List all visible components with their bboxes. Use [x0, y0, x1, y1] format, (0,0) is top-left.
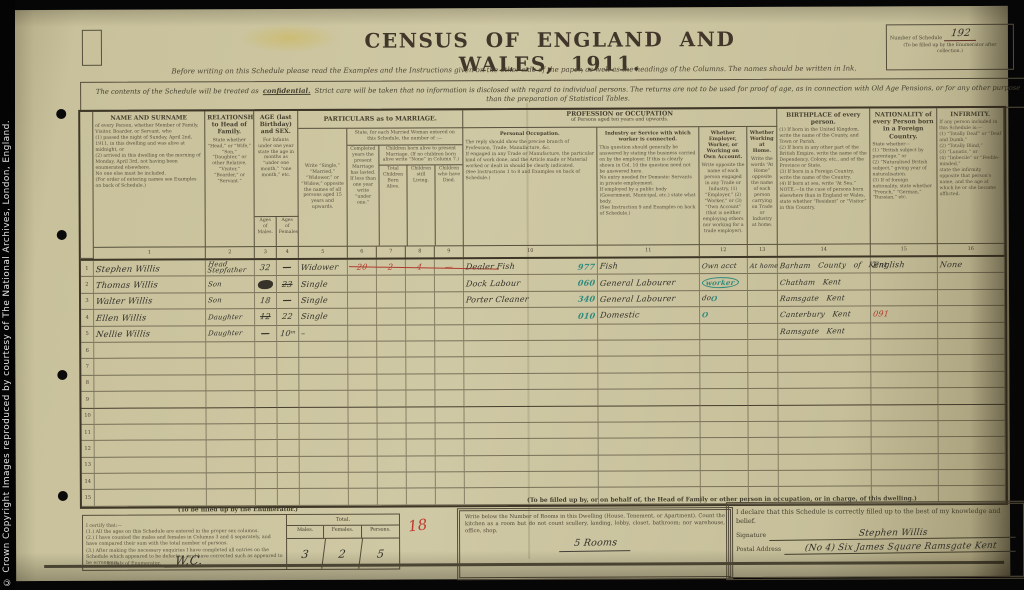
cell: [256, 440, 278, 456]
column-number: 10: [464, 246, 598, 258]
handwritten-entry: 060: [577, 278, 596, 288]
cell: [255, 342, 277, 358]
cell: [377, 292, 406, 309]
cell: [435, 358, 464, 375]
cell: [407, 489, 436, 506]
cell: 22: [277, 309, 299, 325]
cell: [299, 407, 348, 424]
cell: [871, 323, 938, 340]
schedule-number-value: 192: [944, 27, 978, 41]
handwritten-entry: Ellen Willis: [95, 312, 147, 323]
cell: [598, 373, 700, 390]
column-number: 11: [598, 245, 700, 256]
cell: [277, 391, 299, 407]
cell: English: [871, 257, 938, 274]
enumerator-certification: I certify that:— (1.) All the ages on th…: [83, 515, 286, 570]
col-header-age-males: Ages of Males.: [255, 217, 277, 247]
cell: [748, 323, 778, 340]
cell: do O: [700, 291, 748, 308]
cell: [939, 421, 1006, 438]
handwritten-entry: Thomas Willis: [95, 279, 158, 290]
cell: [378, 423, 407, 440]
totals-value-persons: 5: [360, 538, 401, 569]
cell: [435, 341, 464, 358]
cell: [436, 423, 465, 440]
handwritten-entry: 977: [577, 261, 596, 271]
row-number: 13: [82, 458, 95, 474]
handwritten-entry: 23: [282, 279, 294, 288]
cell: [255, 391, 277, 407]
cell: [348, 309, 377, 326]
totals-table: Total. Males. Females. Persons. 3 2 5: [286, 514, 399, 568]
cell: Head Stepfather: [206, 260, 255, 277]
totals-col-persons: Persons.: [362, 525, 399, 538]
rooms-box: Write below the Number of Rooms in this …: [457, 507, 733, 580]
cell: [406, 374, 435, 391]
cell: [206, 375, 255, 392]
cell: [377, 309, 406, 326]
handwritten-entry: —: [444, 262, 453, 271]
cell: [938, 290, 1005, 307]
cell: [748, 389, 778, 406]
handwritten-entry: 18: [260, 296, 272, 305]
totals-value-males: 3: [285, 539, 326, 570]
handwritten-entry: 22: [258, 280, 274, 289]
cell: 12: [255, 309, 277, 325]
row-number: 7: [81, 359, 94, 375]
col-header-profession: PROFESSION or OCCUPATION of Persons aged…: [463, 109, 777, 128]
handwritten-entry: 12: [260, 312, 272, 321]
cell: [700, 405, 748, 422]
cell: O: [700, 307, 748, 324]
column-number: 12: [700, 245, 748, 256]
cell: [95, 490, 207, 507]
column-number: 9: [435, 246, 464, 257]
cell: [255, 375, 277, 391]
column-number: 7: [377, 246, 406, 257]
cell: [378, 489, 407, 506]
col-header-children-died: Children who have Died.: [435, 165, 462, 245]
cell: [871, 339, 938, 356]
cell: Ellen Willis: [94, 310, 206, 327]
col-header-personal-occupation: Personal Occupation. The reply should sh…: [463, 128, 598, 247]
col-header-age: AGE (last Birthday) and SEX. For Infants…: [254, 111, 298, 217]
schedule-number-label: Number of Schedule: [890, 35, 942, 42]
cell: [348, 374, 377, 391]
cell: [406, 341, 435, 358]
col-header-industry: Industry or Service with which worker is…: [597, 127, 700, 245]
cell: [377, 407, 406, 424]
col-header-married-woman: State, for each Married Woman entered on…: [347, 128, 464, 247]
cell: Barham County of Kent: [778, 257, 871, 274]
cell: [299, 342, 348, 359]
col-header-birthplace: BIRTHPLACE of every person. (1) If born …: [777, 108, 871, 244]
cell: [256, 489, 278, 505]
cell: [599, 471, 701, 488]
declaration-box: I declare that this Schedule is correctl…: [726, 501, 1024, 580]
cell: 22: [255, 276, 277, 292]
handwritten-entry: Chatham Kent: [779, 277, 841, 287]
cell: [435, 308, 464, 325]
cell: General Labourer: [598, 275, 700, 292]
column-number: 15: [871, 244, 938, 255]
confidential-pre: The contents of the Schedule will be tre…: [96, 87, 261, 96]
cell: [406, 390, 435, 407]
cell: [377, 341, 406, 358]
handwritten-entry: Widower: [300, 263, 339, 272]
handwritten-entry: Son: [208, 281, 223, 288]
cell: 18: [255, 293, 277, 309]
declaration-text: I declare that this Schedule is correctl…: [736, 507, 1001, 525]
cell: 23: [277, 276, 299, 292]
cell: [778, 356, 871, 373]
cell: [700, 340, 748, 357]
cell: [464, 390, 598, 407]
row-number: 11: [82, 425, 95, 441]
cell: [378, 473, 407, 490]
cell: [277, 375, 299, 391]
cell: Single: [299, 292, 348, 309]
cell: [406, 358, 435, 375]
cell: [749, 471, 779, 488]
cell: [278, 457, 300, 473]
handwritten-entry: Head Stepfather: [207, 261, 247, 274]
handwritten-entry: —: [261, 329, 270, 338]
cell: [300, 424, 349, 441]
table-body: 1Stephen WillisHead Stepfather32—Widower…: [81, 257, 1006, 507]
punch-hole: [58, 491, 68, 501]
cell: [598, 389, 700, 406]
cell: [598, 340, 700, 357]
cell: [300, 473, 349, 490]
handwritten-entry: Dock Labour: [465, 278, 521, 288]
handwritten-entry: 10ᵐ: [279, 329, 296, 338]
col-header-employer-worker: Whether Employer, Worker, or Working on …: [699, 127, 748, 245]
cell: [378, 440, 407, 457]
cell: [749, 422, 779, 439]
handwritten-entry: 340: [577, 294, 596, 304]
cell: [701, 422, 749, 439]
cell: 091: [871, 306, 938, 323]
cell: [748, 291, 778, 308]
cell: —: [277, 260, 299, 276]
cell: [436, 456, 465, 473]
cell: [349, 489, 378, 506]
cell: [349, 440, 378, 457]
cell: [377, 374, 406, 391]
cell: [598, 406, 700, 423]
cell: [436, 440, 465, 457]
cell: [378, 456, 407, 473]
cell: [599, 438, 701, 455]
cell: [349, 473, 378, 490]
handwritten-entry: Own acct: [701, 262, 737, 270]
cell: [872, 437, 939, 454]
cell: [599, 455, 701, 472]
totals-title: Total.: [287, 514, 399, 525]
initials-label: Initials of Enumerator.: [107, 561, 161, 567]
cell: [779, 438, 872, 455]
handwritten-entry: 091: [873, 310, 890, 319]
column-number: 1: [94, 247, 206, 258]
cell: Son: [206, 277, 255, 294]
handwritten-entry: Nellie Willis: [96, 329, 151, 340]
handwritten-entry: Ramsgate Kent: [780, 326, 846, 336]
column-number: 6: [348, 247, 377, 258]
row-number: 9: [81, 392, 94, 408]
cell: [779, 471, 872, 488]
handwritten-entry: General Labourer: [599, 278, 676, 288]
cell: [94, 342, 206, 359]
cell: [435, 407, 464, 424]
cell: [871, 372, 938, 389]
cell: [207, 457, 256, 474]
census-table: NAME AND SURNAME of every Person, whethe…: [78, 106, 1008, 509]
col-header-marriage: PARTICULARS as to MARRIAGE.: [298, 110, 463, 129]
cell: [436, 472, 465, 489]
handwritten-entry: Porter Cleaner: [465, 295, 529, 305]
column-number: 14: [778, 244, 871, 255]
cell: [348, 325, 377, 342]
cell: [256, 457, 278, 473]
cell: Daughter: [206, 326, 255, 343]
cell: [278, 473, 300, 489]
handwritten-entry: English: [872, 260, 905, 269]
cell: [939, 470, 1006, 487]
cell: [700, 389, 748, 406]
handwritten-entry: Fish: [599, 262, 618, 271]
handwritten-entry: Canterbury Kent: [779, 310, 851, 320]
cell: [207, 424, 256, 441]
cell: [748, 405, 778, 422]
cell: Fish: [598, 258, 700, 275]
column-number: 13: [748, 245, 778, 256]
col-header-age-females: Ages of Females.: [277, 217, 299, 247]
col-header-marriage-status: Write “Single,” “Married,” “Widower,” or…: [298, 129, 348, 247]
handwritten-entry: Daughter: [208, 330, 243, 337]
cell: [938, 388, 1005, 405]
cell: [348, 407, 377, 424]
enumerator-initials-signature: W.C.: [164, 555, 213, 567]
signature-label: Signature: [736, 531, 766, 540]
rooms-note: Write below the Number of Rooms in this …: [465, 513, 725, 534]
cell: [700, 356, 748, 373]
row-number: 12: [82, 441, 95, 457]
row-number: 4: [81, 310, 94, 326]
handwritten-entry: Domestic: [600, 311, 641, 321]
cell: [465, 455, 599, 472]
cell: None: [938, 257, 1005, 274]
cell: Ramsgate Kent: [778, 323, 871, 340]
cell: [300, 456, 349, 473]
cell: Domestic: [598, 307, 700, 324]
row-number: 8: [81, 376, 94, 392]
cell: [465, 439, 599, 456]
cell: [299, 391, 348, 408]
cell: [406, 292, 435, 309]
cell: [94, 391, 206, 408]
col-header-children-living: Children still Living.: [407, 165, 435, 245]
cell: Single: [299, 309, 348, 326]
cell: [435, 292, 464, 309]
cell: [779, 421, 872, 438]
handwritten-entry: O: [702, 310, 709, 319]
cell: [95, 473, 207, 490]
cell: [700, 373, 748, 390]
cell: [94, 375, 206, 392]
cell: [407, 472, 436, 489]
cell: [464, 341, 598, 358]
cell: General Labourer: [598, 291, 700, 308]
cell: [206, 358, 255, 375]
cell: [407, 423, 436, 440]
cell: [435, 325, 464, 342]
punch-hole: [56, 109, 66, 119]
cell: [348, 342, 377, 359]
cell: [464, 373, 598, 390]
cell: [872, 454, 939, 471]
cell: [435, 374, 464, 391]
cell: —: [277, 293, 299, 309]
handwritten-entry: General Labourer: [599, 294, 676, 304]
cell: [871, 290, 938, 307]
cell: [748, 274, 778, 291]
cell: [377, 276, 406, 293]
cell: –: [299, 325, 348, 342]
cell: [348, 276, 377, 293]
handwritten-entry: 22: [282, 312, 294, 321]
row-number: 2: [81, 277, 94, 293]
enumerator-section-heading: (To be filled up by the Enumerator.): [82, 506, 394, 514]
col-header-children-born: Total Children Born Alive.: [379, 166, 407, 246]
col-header-relationship: RELATIONSHIP to Head of Family. State wh…: [205, 111, 255, 247]
col-header-name: NAME AND SURNAME of every Person, whethe…: [93, 111, 206, 247]
cell: [748, 340, 778, 357]
cell: Canterbury Kent: [778, 307, 871, 324]
cell: [255, 358, 277, 374]
signature-value: Stephen Willis: [769, 528, 1017, 541]
handwritten-entry: Single: [300, 296, 328, 305]
cell: Porter Cleaner340: [464, 291, 598, 308]
cell: [939, 454, 1006, 471]
cell: [207, 490, 256, 507]
cell: Chatham Kent: [778, 274, 871, 291]
cell: [95, 441, 207, 458]
cell: [207, 473, 256, 490]
handwritten-entry: 32: [260, 263, 272, 272]
cell: Walter Willis: [94, 293, 206, 310]
cell: [465, 423, 599, 440]
column-number: 8: [406, 246, 435, 257]
red-annotation: 18: [407, 515, 428, 535]
postal-address-value: (No 4) Six James Square Ramsgate Kent: [784, 542, 1017, 555]
cell: 010: [464, 308, 598, 325]
cell: [465, 472, 599, 489]
cell: [406, 407, 435, 424]
cell: [938, 372, 1005, 389]
row-number: 14: [82, 474, 95, 490]
column-number: 4: [277, 247, 299, 258]
handwritten-entry: 010: [577, 310, 596, 320]
census-schedule-page: CENSUS OF ENGLAND AND WALES, 1911. Numbe…: [14, 6, 1010, 581]
cell: [348, 358, 377, 375]
cell: [277, 358, 299, 374]
cell: [300, 489, 349, 506]
row-number: 6: [81, 343, 94, 359]
cell: [377, 358, 406, 375]
cell: [871, 388, 938, 405]
cell: [406, 309, 435, 326]
cell: [598, 324, 700, 341]
row-number: 15: [82, 490, 95, 506]
cell: Daughter: [206, 309, 255, 326]
corner-box: [82, 30, 102, 66]
cell: [778, 339, 871, 356]
handwritten-entry: —: [283, 263, 292, 272]
row-number-column-header: [80, 112, 94, 259]
cell: [872, 470, 939, 487]
cell: Stephen Willis: [94, 260, 206, 277]
cell: [349, 456, 378, 473]
cell: [748, 307, 778, 324]
cell: 32: [255, 260, 277, 276]
totals-col-females: Females.: [324, 526, 361, 539]
cell: [95, 457, 207, 474]
cell: [277, 342, 299, 358]
postal-address-label: Postal Address: [736, 545, 781, 554]
cell: [406, 325, 435, 342]
row-number: 10: [81, 408, 94, 424]
col-header-years-married: Completed years the present Marriage has…: [347, 146, 379, 246]
cell: [206, 408, 255, 425]
totals-col-males: Males.: [287, 526, 324, 539]
cell: [377, 325, 406, 342]
cell: [871, 355, 938, 372]
col-header-infirmity: INFIRMITY. If any person included in thi…: [937, 108, 1005, 244]
handwritten-entry: 4: [417, 263, 423, 272]
cell: [435, 276, 464, 293]
handwritten-entry: worker: [701, 276, 739, 287]
cell: [407, 456, 436, 473]
cell: [406, 276, 435, 293]
handwritten-entry: Stephen Willis: [95, 263, 160, 274]
cell: Ramsgate Kent: [778, 290, 871, 307]
row-number: 5: [81, 326, 94, 342]
cell: Widower: [299, 260, 348, 277]
handwritten-entry: 20: [356, 263, 368, 272]
cell: [938, 404, 1005, 421]
cell: [938, 339, 1005, 356]
cell: [778, 372, 871, 389]
cell: [348, 292, 377, 309]
column-number: 16: [938, 244, 1005, 255]
cell: [778, 405, 871, 422]
schedule-number-note: (To be filled up by the Enumerator after…: [890, 43, 1010, 55]
cell: [464, 324, 598, 341]
cell: [701, 438, 749, 455]
handwritten-entry: 2: [388, 263, 394, 272]
copyright-text: © Crown Copyright Images reproduced by c…: [2, 120, 12, 586]
col-header-nationality: NATIONALITY of every Person born in a Fo…: [870, 108, 938, 244]
cell: [278, 440, 300, 456]
cell: [299, 374, 348, 391]
column-number: 3: [255, 247, 277, 258]
column-number: 2: [206, 247, 255, 258]
handwritten-entry: –: [301, 329, 306, 338]
confidential-word: confidential.: [261, 87, 313, 95]
cell: [871, 405, 938, 422]
handwritten-entry: Son: [208, 297, 223, 304]
